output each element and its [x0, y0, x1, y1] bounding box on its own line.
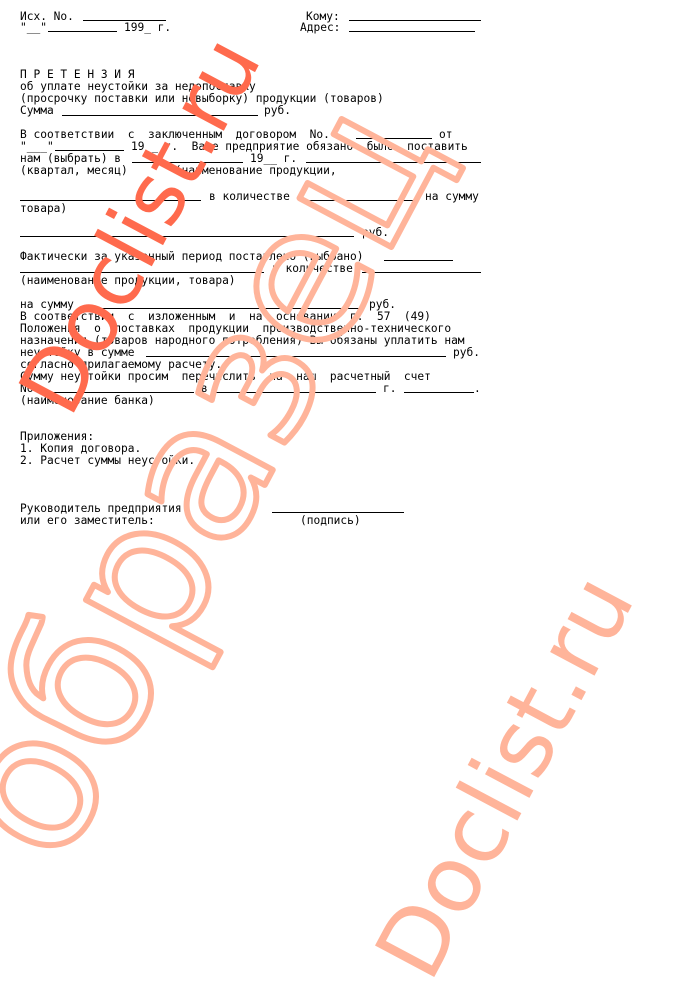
actual-product-caption: (наименование продукции, товара) — [20, 275, 236, 287]
line-end-period: . — [474, 383, 481, 395]
penalty-amount-field[interactable] — [146, 356, 446, 357]
amount-label: на сумму — [425, 191, 479, 203]
address-label: Адрес: — [300, 22, 340, 34]
account-number-field[interactable] — [48, 392, 194, 393]
contract-date-field[interactable] — [55, 150, 124, 151]
actual-product-field[interactable] — [20, 272, 264, 273]
penalty-rub: руб. — [453, 347, 480, 359]
city-label: г. — [383, 383, 396, 395]
transfer-text: Сумму неустойки просим перечислить на на… — [20, 371, 431, 383]
bank-caption: (наименование банка) — [20, 395, 155, 407]
bank-name-field[interactable] — [216, 392, 376, 393]
amount-field[interactable] — [20, 236, 354, 237]
goods-caption: товара) — [20, 203, 67, 215]
bank-in-label: в — [201, 383, 208, 395]
actual-quantity-field[interactable] — [362, 272, 481, 273]
document-subtitle-2: (просрочку поставки или невыборку) проду… — [20, 93, 384, 105]
to-field[interactable] — [349, 20, 481, 21]
actual-quantity-label: в количестве — [272, 263, 353, 275]
signatory-deputy: или его заместитель: — [20, 515, 155, 527]
sum-label: Сумма — [20, 105, 54, 117]
product-name-field-2[interactable] — [20, 200, 201, 201]
quantity-label: в количестве — [209, 191, 290, 203]
obligation-text: 19__ г. Ваше предприятие обязано было по… — [131, 141, 468, 153]
quantity-field[interactable] — [299, 200, 418, 201]
period-field[interactable] — [132, 162, 243, 163]
actual-amount-field[interactable] — [83, 308, 362, 309]
address-field[interactable] — [349, 31, 475, 32]
sum-rub: руб. — [264, 105, 291, 117]
date-quote: "__" — [20, 22, 47, 34]
amount-rub: руб. — [362, 227, 389, 239]
actual-delivery-field[interactable] — [384, 260, 453, 261]
period-caption: (квартал, месяц) (наименование продукции… — [20, 165, 337, 177]
year-label: 199_ г. — [124, 22, 171, 34]
date-field[interactable] — [48, 31, 117, 32]
attachment-item: 2. Расчет суммы неустойки. — [20, 455, 195, 467]
product-name-field[interactable] — [306, 162, 481, 163]
city-field[interactable] — [404, 392, 474, 393]
contract-number-field[interactable] — [356, 138, 432, 139]
claim-document: Исх. No. "__" 199_ г. Кому: Адрес: П Р Е… — [0, 0, 700, 1000]
sum-field[interactable] — [62, 115, 258, 116]
signature-field[interactable] — [272, 512, 404, 513]
signature-caption: (подпись) — [300, 515, 361, 527]
